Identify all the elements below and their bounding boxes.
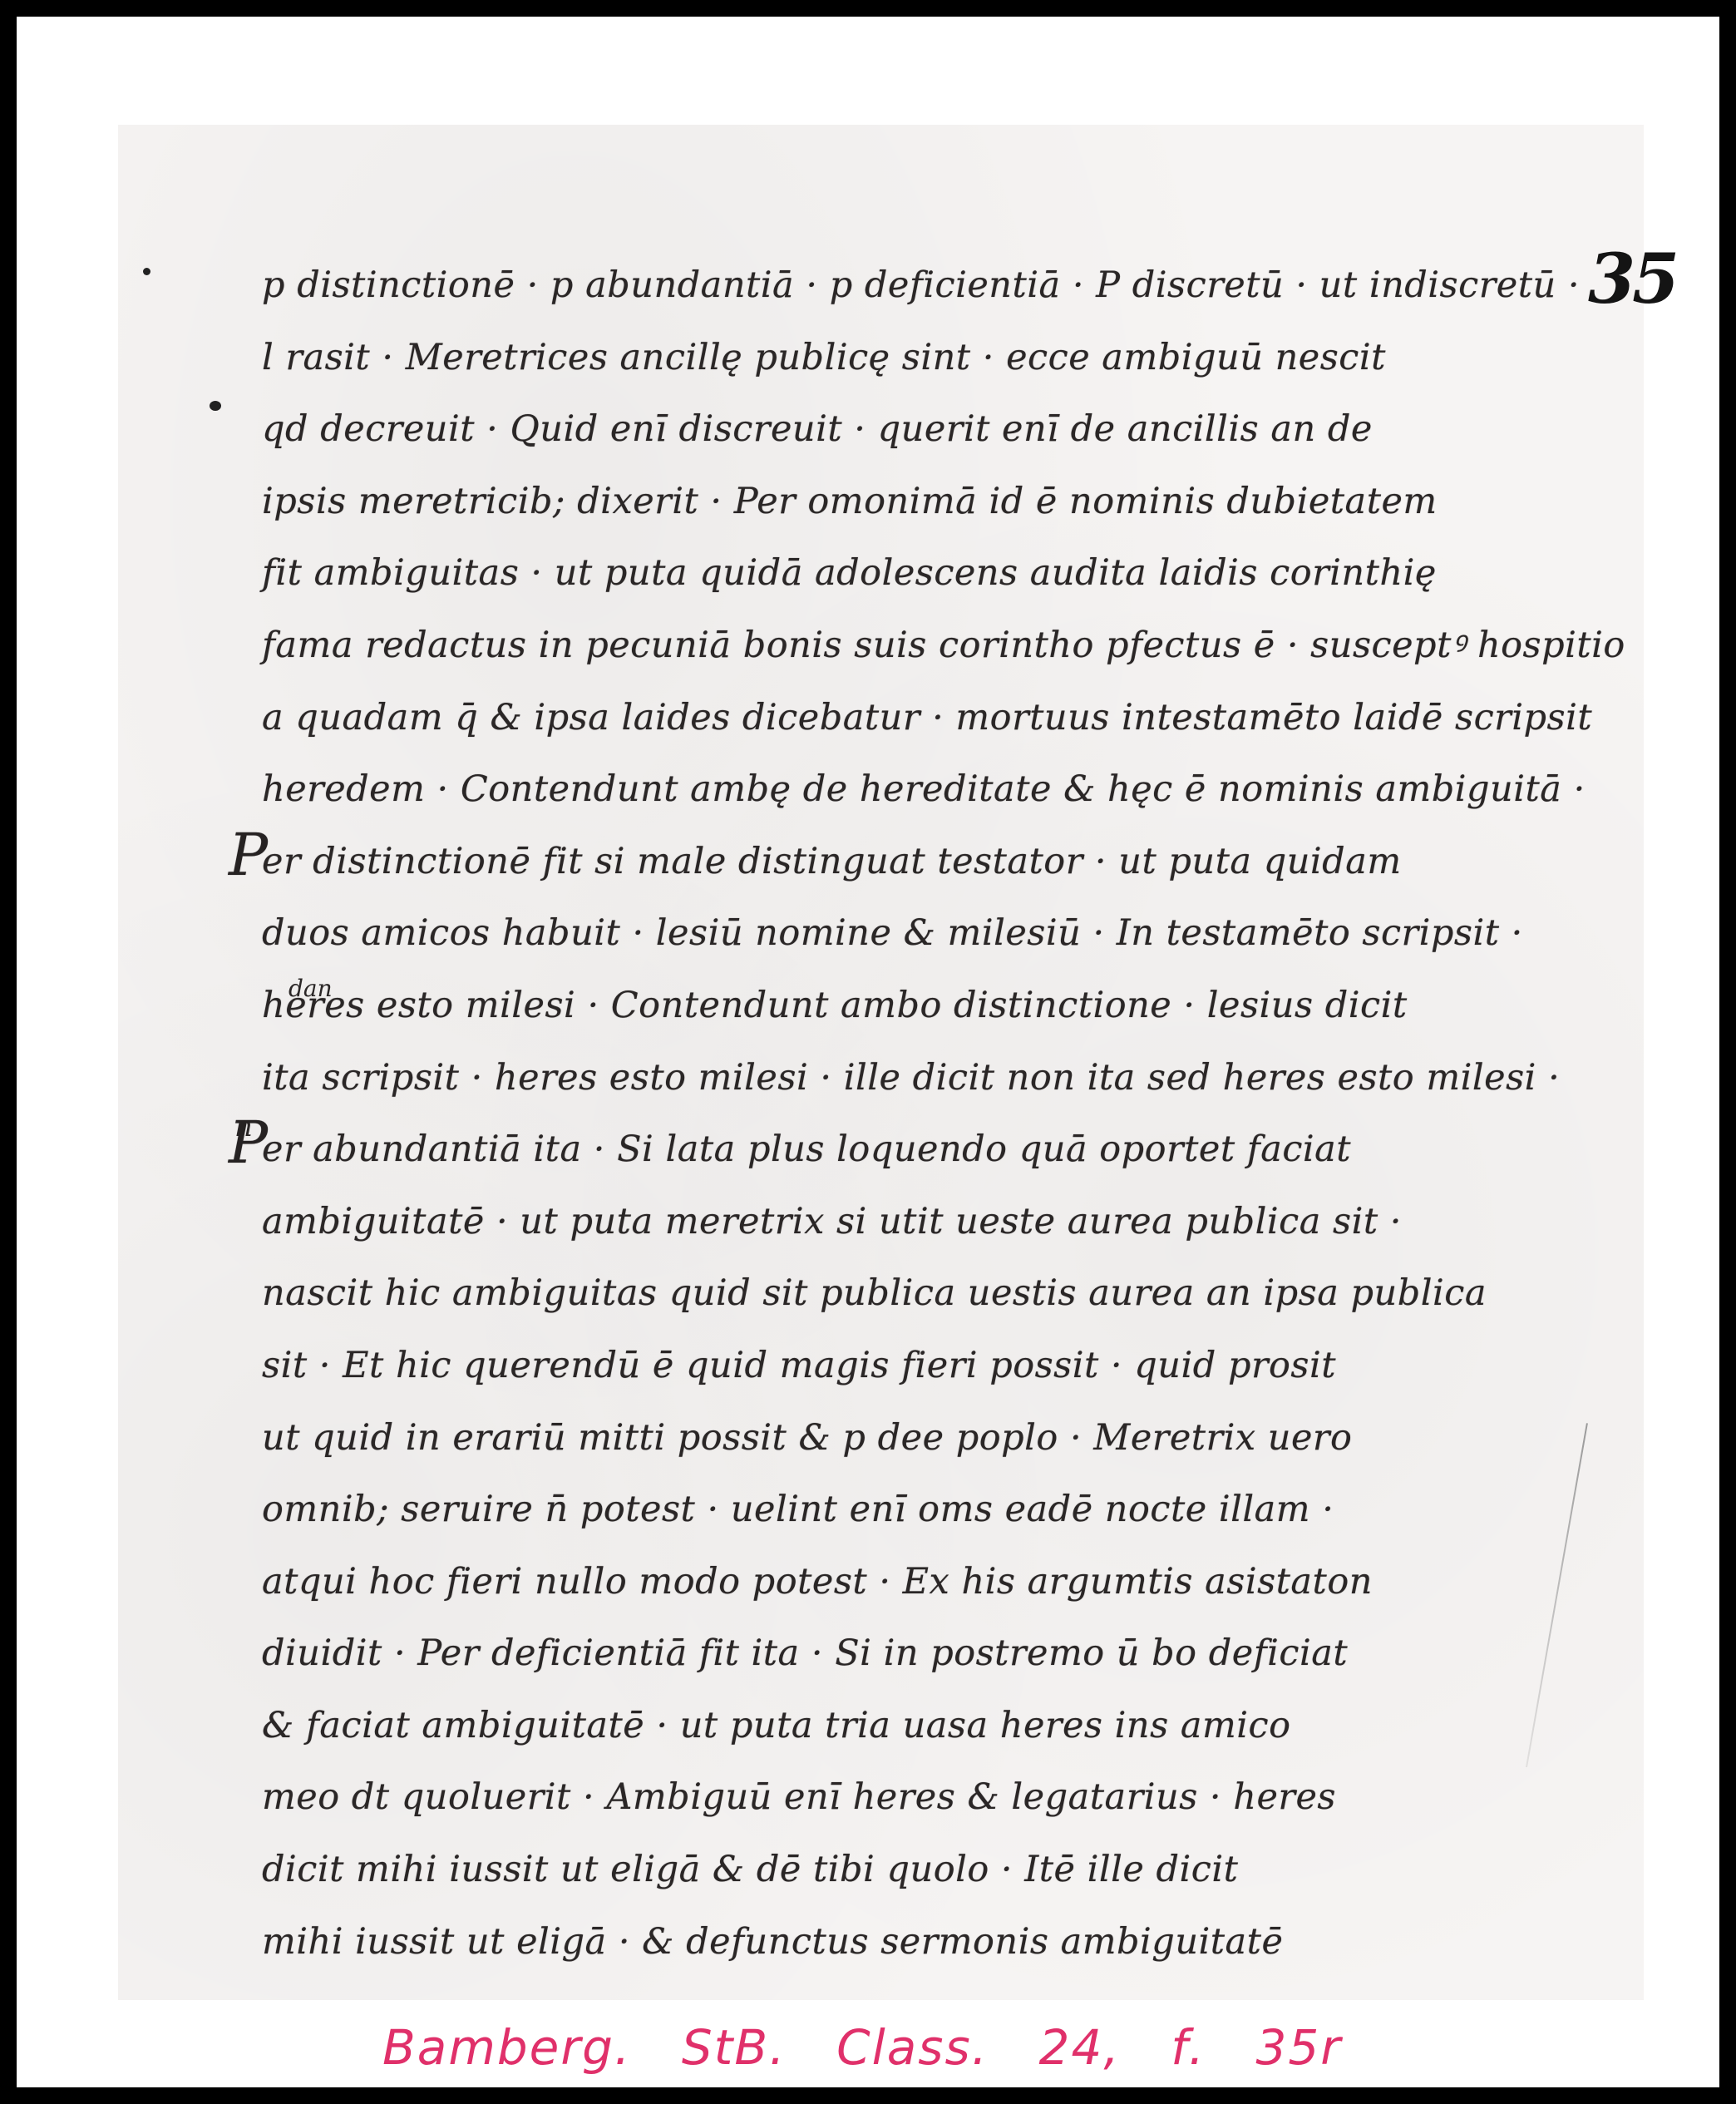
text-line-8: heredem · Contendunt ambę de hereditate … (262, 753, 1492, 826)
text-line-14: ambiguitatē · ut puta meretrix si utit u… (262, 1186, 1492, 1258)
text-line-24: mihi iussit ut eligā · & defunctus sermo… (262, 1906, 1492, 1978)
text-line-4: ipsis meretricib; dixerit · Per omonimā … (262, 466, 1492, 538)
text-line-22: meo dt quoluerit · Ambiguū enī heres & l… (262, 1761, 1492, 1834)
initial-letter: P (229, 819, 269, 891)
text-line-13: P er abundantiā ita · Si lata plus loque… (262, 1114, 1492, 1186)
text-line-7: a quadam q̄ & ipsa laides dicebatur · mo… (262, 682, 1492, 754)
text-line-18: omnib; seruire n̄ potest · uelint enī om… (262, 1474, 1492, 1546)
text-line-13-body: er abundantiā ita · Si lata plus loquend… (262, 1129, 1351, 1170)
text-line-1: p distinctionē · p abundantiā · p defici… (262, 249, 1492, 322)
text-line-12: ita scripsit · heres esto milesi · ille … (262, 1042, 1492, 1114)
text-line-21: & faciat ambiguitatē · ut puta tria uasa… (262, 1690, 1492, 1762)
text-line-3: qd decreuit · Quid enī discreuit · queri… (262, 393, 1492, 466)
text-line-20: diuidit · Per deficientiā fit ita · Si i… (262, 1618, 1492, 1690)
page-border: 35 n dan p distinctionē · p abundantiā ·… (17, 17, 1719, 2087)
ink-spot (143, 268, 150, 275)
text-line-16: sit · Et hic querendū ē quid magis fieri… (262, 1330, 1492, 1402)
text-line-9-body: er distinctionē fit si male distinguat t… (262, 841, 1402, 882)
shelfmark-label: Bamberg. StB. Class. 24, f. 35r (382, 2019, 1342, 2076)
text-line-19: atqui hoc fieri nullo modo potest · Ex h… (262, 1546, 1492, 1618)
initial-letter: P (229, 1107, 269, 1178)
text-line-23: dicit mihi iussit ut eligā & dē tibi quo… (262, 1834, 1492, 1906)
text-line-9: P er distinctionē fit si male distinguat… (262, 826, 1492, 898)
ink-spot (210, 401, 221, 411)
manuscript-scan: 35 n dan p distinctionē · p abundantiā ·… (118, 125, 1644, 2000)
text-line-11: heres esto milesi · Contendunt ambo dist… (262, 970, 1492, 1042)
manuscript-text: p distinctionē · p abundantiā · p defici… (262, 249, 1492, 1978)
text-line-10: duos amicos habuit · lesiū nomine & mile… (262, 897, 1492, 970)
text-line-17: ut quid in erariū mitti possit & p dee p… (262, 1402, 1492, 1474)
folio-number: 35 (1588, 240, 1676, 319)
text-line-5: fit ambiguitas · ut puta quidā adolescen… (262, 537, 1492, 610)
text-line-6: fama redactus in pecuniā bonis suis cori… (262, 610, 1492, 682)
text-line-15: nascit hic ambiguitas quid sit publica u… (262, 1257, 1492, 1330)
text-line-2: l rasit · Meretrices ancillę publicę sin… (262, 322, 1492, 394)
